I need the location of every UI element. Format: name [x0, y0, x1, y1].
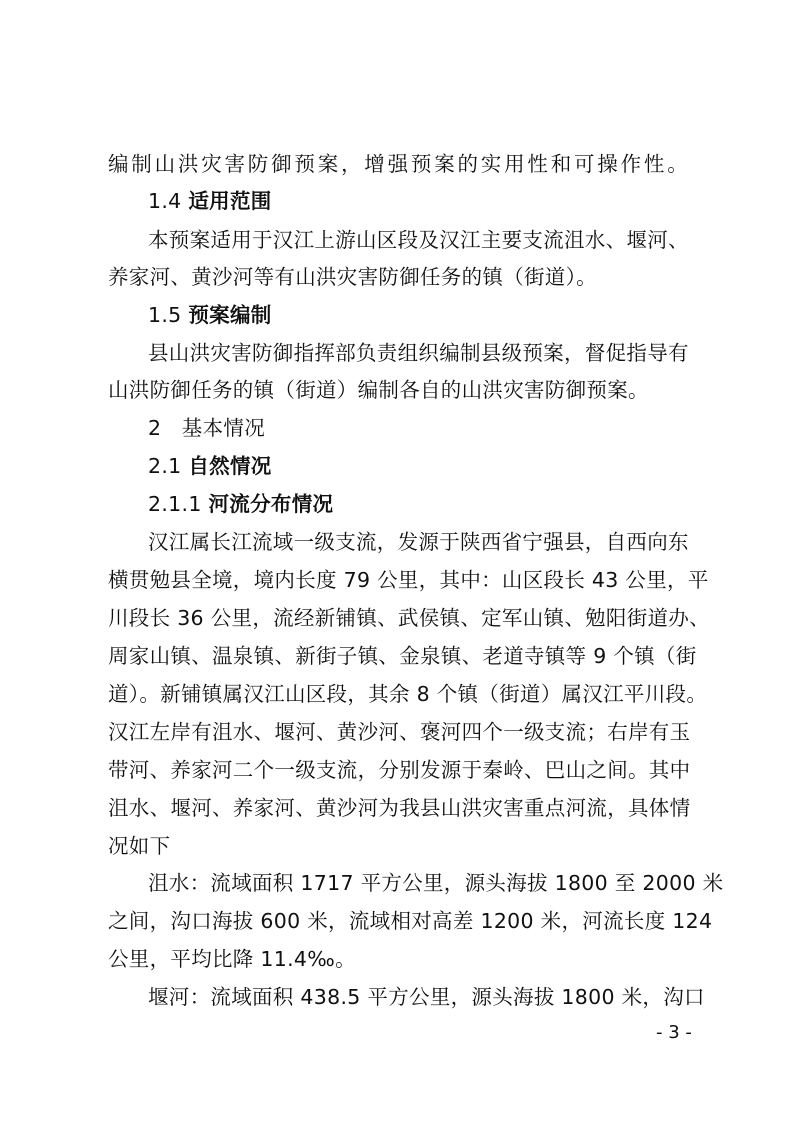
paragraph-line: 堰河：流域面积 438.5 平方公里，源头海拔 1800 米，沟口 — [148, 984, 688, 1010]
heading-number: 2 — [148, 416, 161, 440]
paragraph-line: 汉江左岸有沮水、堰河、黄沙河、褒河四个一级支流；右岸有玉 — [108, 719, 688, 745]
paragraph-line: 养家河、黄沙河等有山洪灾害防御任务的镇（街道）。 — [108, 264, 688, 290]
heading-title: 自然情况 — [188, 454, 271, 478]
paragraph-line: 周家山镇、温泉镇、新街子镇、金泉镇、老道寺镇等 9 个镇（街 — [108, 643, 688, 669]
document-page: 编制山洪灾害防御预案，增强预案的实用性和可操作性。 1.4 适用范围 本预案适用… — [0, 0, 793, 1122]
paragraph-line: 沮水、堰河、养家河、黄沙河为我县山洪灾害重点河流，具体情 — [108, 795, 688, 821]
paragraph-line: 汉江属长江流域一级支流，发源于陕西省宁强县，自西向东 — [148, 529, 688, 555]
heading-title: 河流分布情况 — [209, 492, 334, 516]
heading-title: 基本情况 — [182, 416, 265, 440]
paragraph-line: 横贯勉县全境，境内长度 79 公里，其中：山区段长 43 公里，平 — [108, 567, 688, 593]
heading-title: 适用范围 — [188, 189, 271, 213]
paragraph-line: 公里，平均比降 11.4‰。 — [108, 946, 688, 972]
paragraph-line: 本预案适用于汉江上游山区段及汉江主要支流沮水、堰河、 — [148, 227, 688, 253]
paragraph-line: 带河、养家河二个一级支流，分别发源于秦岭、巴山之间。其中 — [108, 757, 688, 783]
paragraph-line: 沮水：流域面积 1717 平方公里，源头海拔 1800 至 2000 米 — [148, 870, 688, 896]
paragraph-line: 编制山洪灾害防御预案，增强预案的实用性和可操作性。 — [108, 151, 688, 177]
heading-title: 预案编制 — [188, 303, 271, 327]
paragraph-line: 之间，沟口海拔 600 米，流域相对高差 1200 米，河流长度 124 — [108, 908, 688, 934]
heading-2-1: 2.1 自然情况 — [148, 453, 728, 479]
heading-2: 2 基本情况 — [148, 415, 728, 441]
heading-number: 1.5 — [148, 303, 182, 327]
paragraph-line: 道）。新铺镇属汉江山区段，其余 8 个镇（街道）属汉江平川段。 — [108, 681, 688, 707]
heading-1-4: 1.4 适用范围 — [148, 188, 728, 214]
heading-2-1-1: 2.1.1 河流分布情况 — [148, 491, 728, 517]
paragraph-line: 况如下 — [108, 833, 688, 859]
heading-number: 1.4 — [148, 189, 182, 213]
paragraph-line: 山洪防御任务的镇（街道）编制各自的山洪灾害防御预案。 — [108, 377, 688, 403]
heading-number: 2.1.1 — [148, 492, 202, 516]
paragraph-line: 川段长 36 公里，流经新铺镇、武侯镇、定军山镇、勉阳街道办、 — [108, 605, 688, 631]
page-number: - 3 - — [656, 1022, 692, 1044]
heading-1-5: 1.5 预案编制 — [148, 302, 728, 328]
heading-number: 2.1 — [148, 454, 182, 478]
paragraph-line: 县山洪灾害防御指挥部负责组织编制县级预案，督促指导有 — [148, 340, 688, 366]
